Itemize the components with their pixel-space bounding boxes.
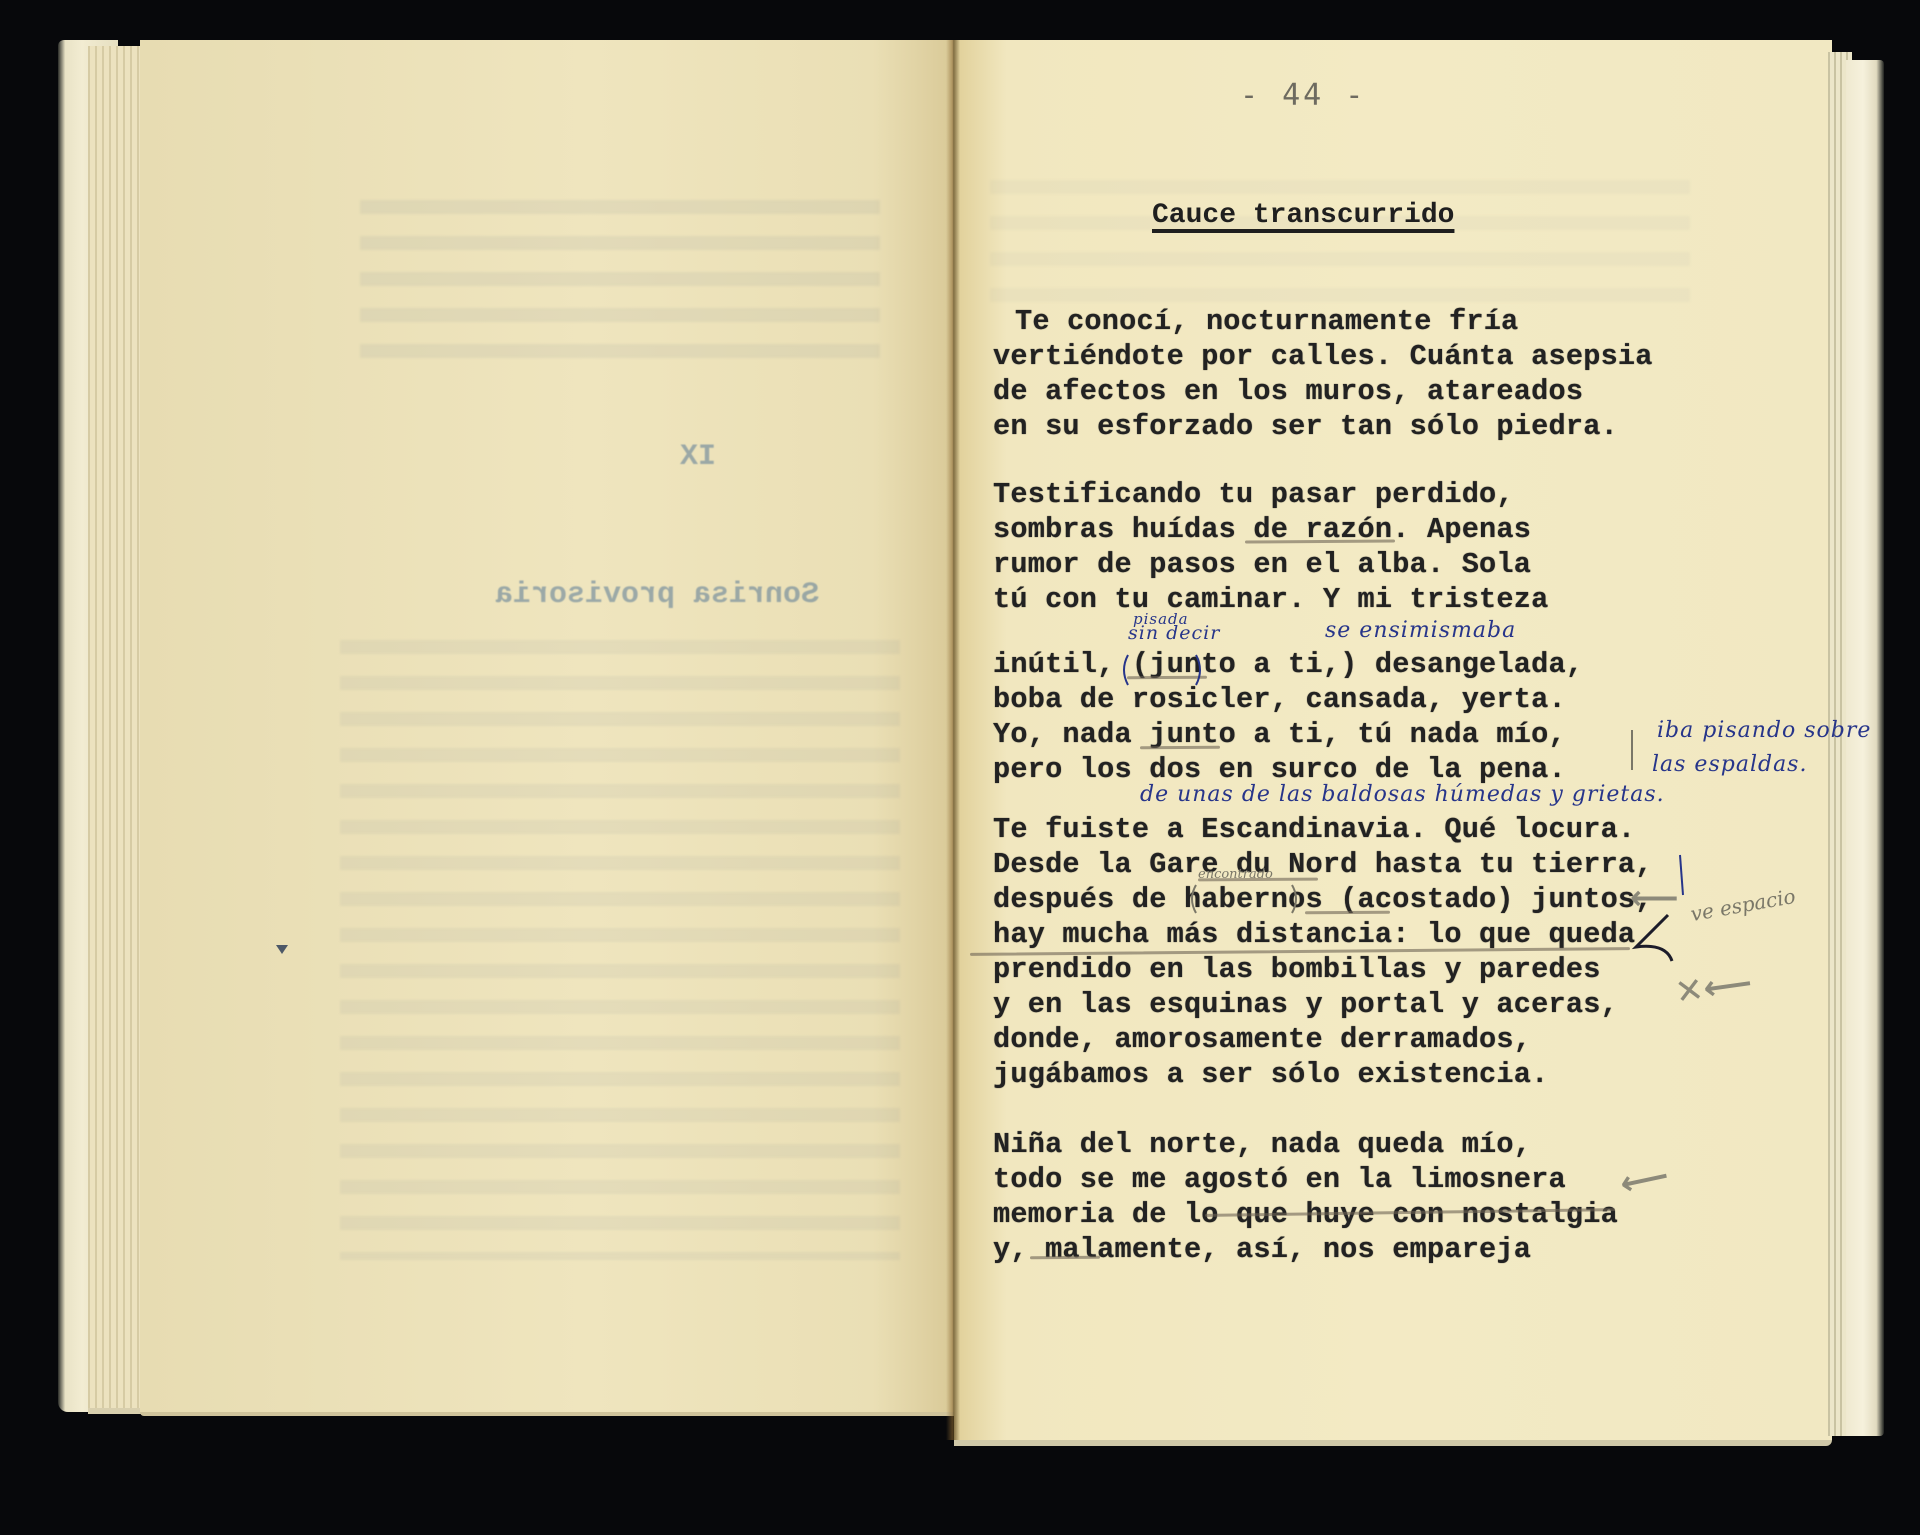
ink-bracket-icon bbox=[1196, 655, 1200, 685]
pencil-bracket-icon bbox=[1192, 885, 1196, 913]
ink-insertion-mark-icon bbox=[1636, 915, 1672, 961]
ink-bracket-icon bbox=[1124, 655, 1128, 685]
annotation-strokes bbox=[0, 0, 1920, 1535]
pencil-bracket-icon bbox=[1292, 885, 1296, 913]
